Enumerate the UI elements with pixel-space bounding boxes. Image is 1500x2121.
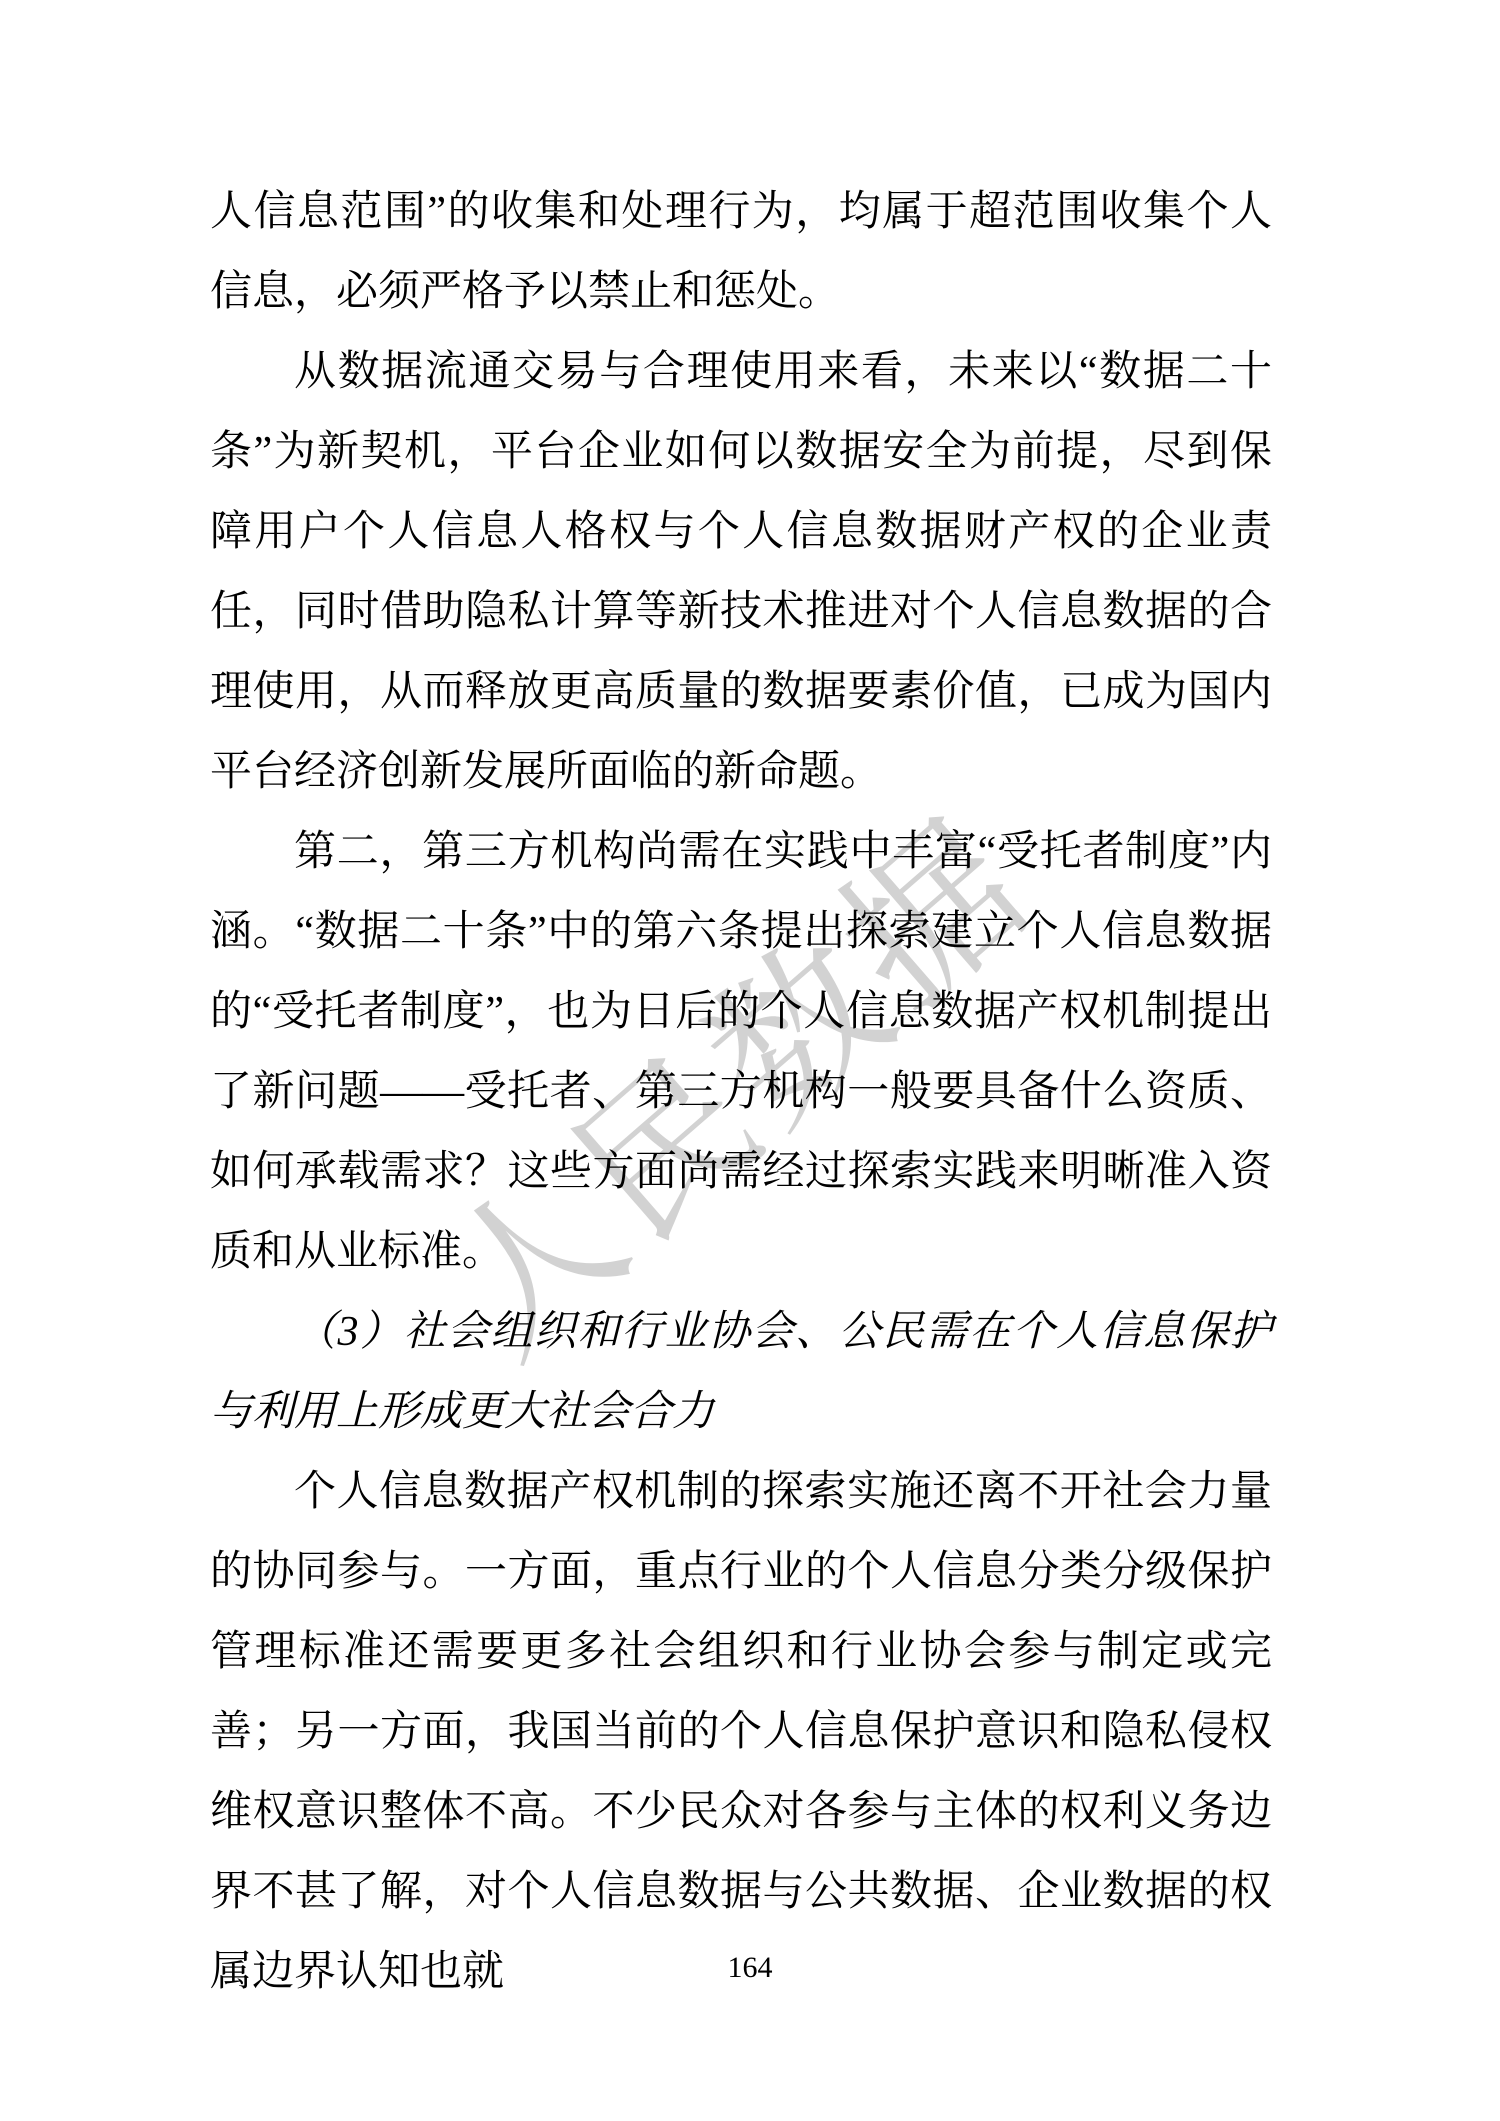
body-paragraph: 个人信息数据产权机制的探索实施还离不开社会力量的协同参与。一方面，重点行业的个人… <box>210 1452 1272 2012</box>
section-heading: （3）社会组织和行业协会、公民需在个人信息保护与利用上形成更大社会合力 <box>210 1292 1272 1452</box>
body-paragraph: 第二，第三方机构尚需在实践中丰富“受托者制度”内涵。“数据二十条”中的第六条提出… <box>210 812 1272 1292</box>
body-paragraph: 人信息范围”的收集和处理行为，均属于超范围收集个人信息，必须严格予以禁止和惩处。 <box>210 172 1272 332</box>
page-number: 164 <box>0 1948 1500 1988</box>
document-page: 人民数据 人信息范围”的收集和处理行为，均属于超范围收集个人信息，必须严格予以禁… <box>0 0 1500 2121</box>
document-body: 人信息范围”的收集和处理行为，均属于超范围收集个人信息，必须严格予以禁止和惩处。… <box>210 172 1272 2012</box>
body-paragraph: 从数据流通交易与合理使用来看，未来以“数据二十条”为新契机，平台企业如何以数据安… <box>210 332 1272 812</box>
